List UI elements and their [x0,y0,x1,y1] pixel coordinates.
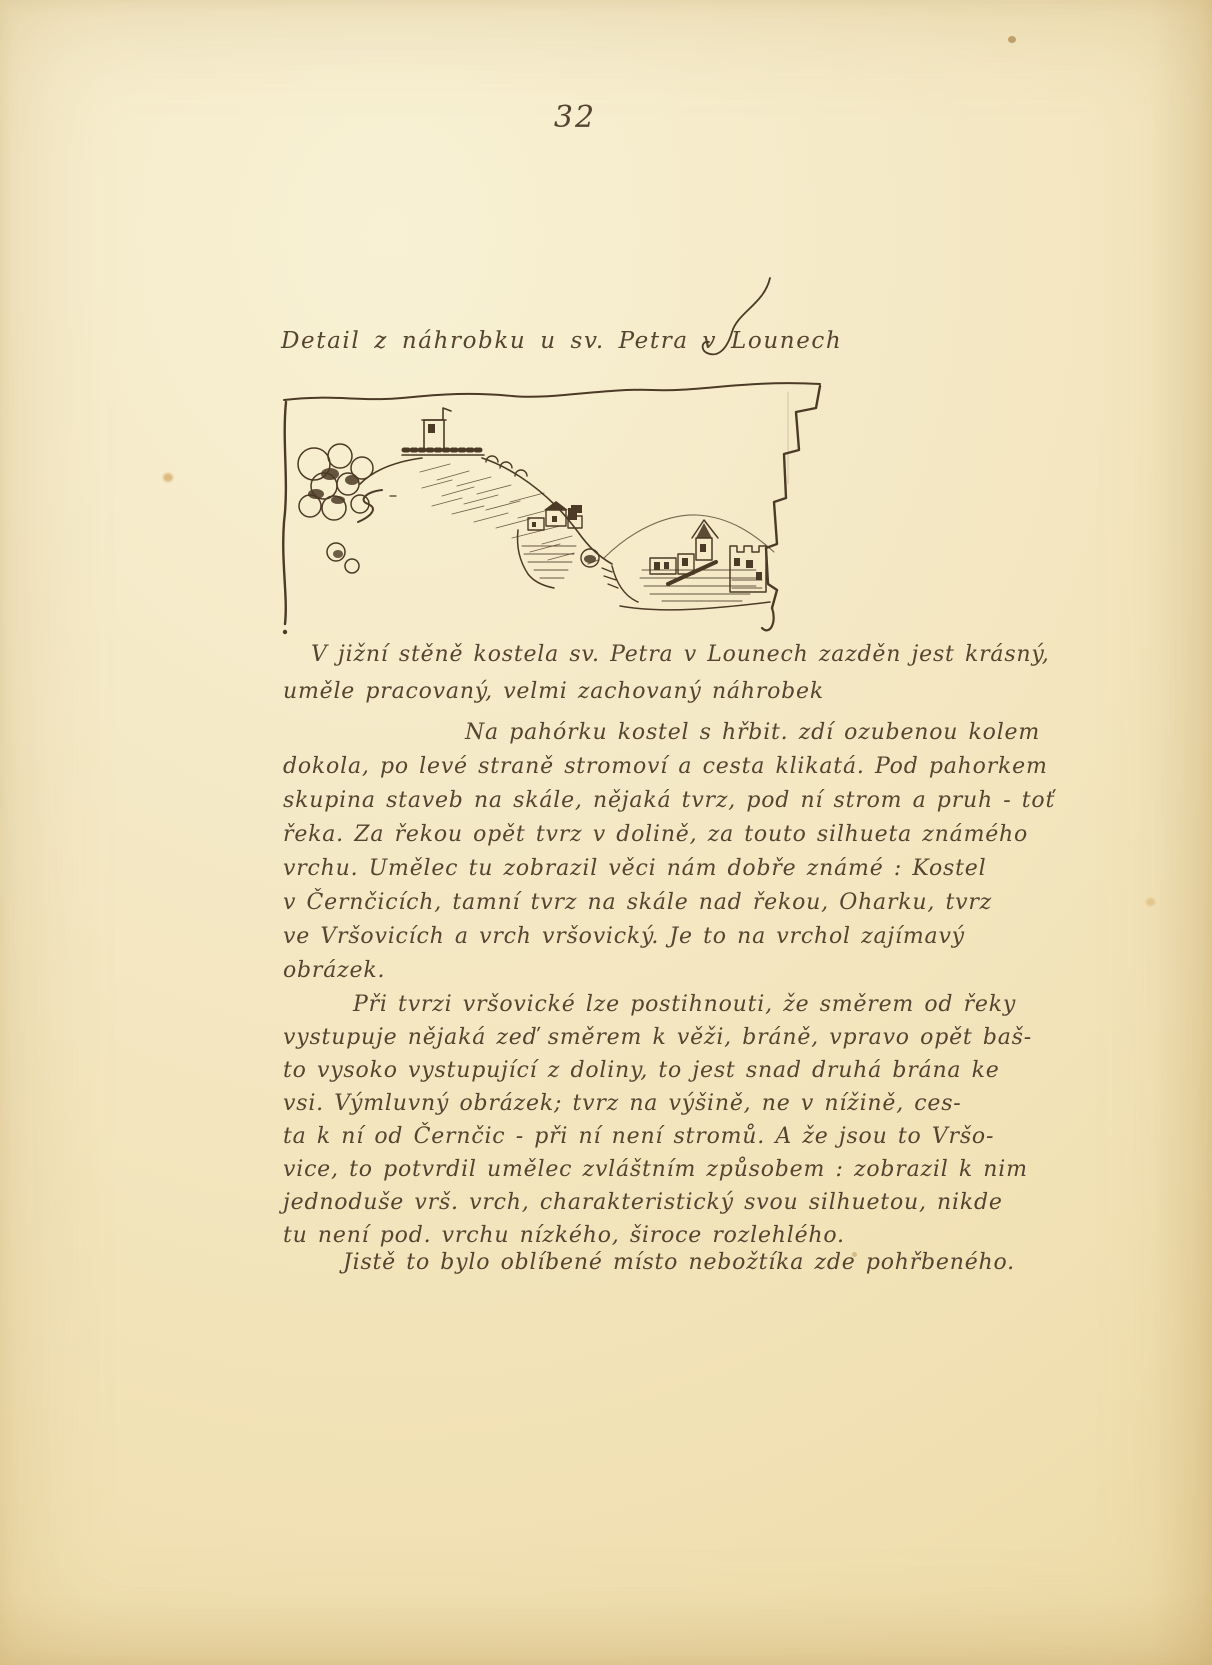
fox-spot [1146,898,1155,906]
manuscript-page: 32 Detail z náhrobku u sv. Petra v Loune… [0,0,1212,1665]
handwritten-line: ve Vršovicích a vrch vršovický. Je to na… [283,920,1055,954]
pen-flourish [692,272,778,376]
handwritten-line: V jižní stěně kostela sv. Petra v Lounec… [283,636,1050,673]
paragraph-4: Jistě to bylo oblíbené místo nebožtíka z… [283,1246,1015,1280]
handwritten-line: v Černčicích, tamní tvrz na skále nad ře… [283,886,1055,920]
page-edge-shading-bottom [0,1595,1212,1665]
paragraph-2: Na pahórku kostel s hřbit. zdí ozubenou … [283,716,1055,988]
fox-spot [163,473,173,482]
page-edge-shading-right [1152,0,1212,1665]
handwritten-line: Na pahórku kostel s hřbit. zdí ozubenou … [283,716,1055,750]
handwritten-line: to vysoko vystupující z doliny, to jest … [283,1054,1032,1087]
tombstone-landscape-drawing [272,362,832,652]
paragraph-1: V jižní stěně kostela sv. Petra v Lounec… [283,636,1050,710]
handwritten-line: jednoduše vrš. vrch, charakteristický sv… [283,1186,1032,1219]
fox-spot [1008,36,1016,43]
handwritten-line: uměle pracovaný, velmi zachovaný náhrobe… [283,673,1050,710]
handwritten-line: vice, to potvrdil umělec zvláštním způso… [283,1153,1032,1186]
handwritten-line: skupina staveb na skále, nějaká tvrz, po… [283,784,1055,818]
handwritten-line: Při tvrzi vršovické lze postihnouti, že … [283,988,1032,1021]
handwritten-line: obrázek. [283,954,1055,988]
handwritten-line: vrchu. Umělec tu zobrazil věci nám dobře… [283,852,1055,886]
handwritten-line: řeka. Za řekou opět tvrz v dolině, za to… [283,818,1055,852]
paragraph-3: Při tvrzi vršovické lze postihnouti, že … [283,988,1032,1252]
handwritten-line: vsi. Výmluvný obrázek; tvrz na výšině, n… [283,1087,1032,1120]
handwritten-line: Jistě to bylo oblíbené místo nebožtíka z… [283,1246,1015,1280]
handwritten-line: vystupuje nějaká zeď směrem k věži, brán… [283,1021,1032,1054]
handwritten-line: ta k ní od Černčic - při ní není stromů.… [283,1120,1032,1153]
page-number: 32 [0,100,1150,135]
handwritten-line: dokola, po levé straně stromoví a cesta … [283,750,1055,784]
